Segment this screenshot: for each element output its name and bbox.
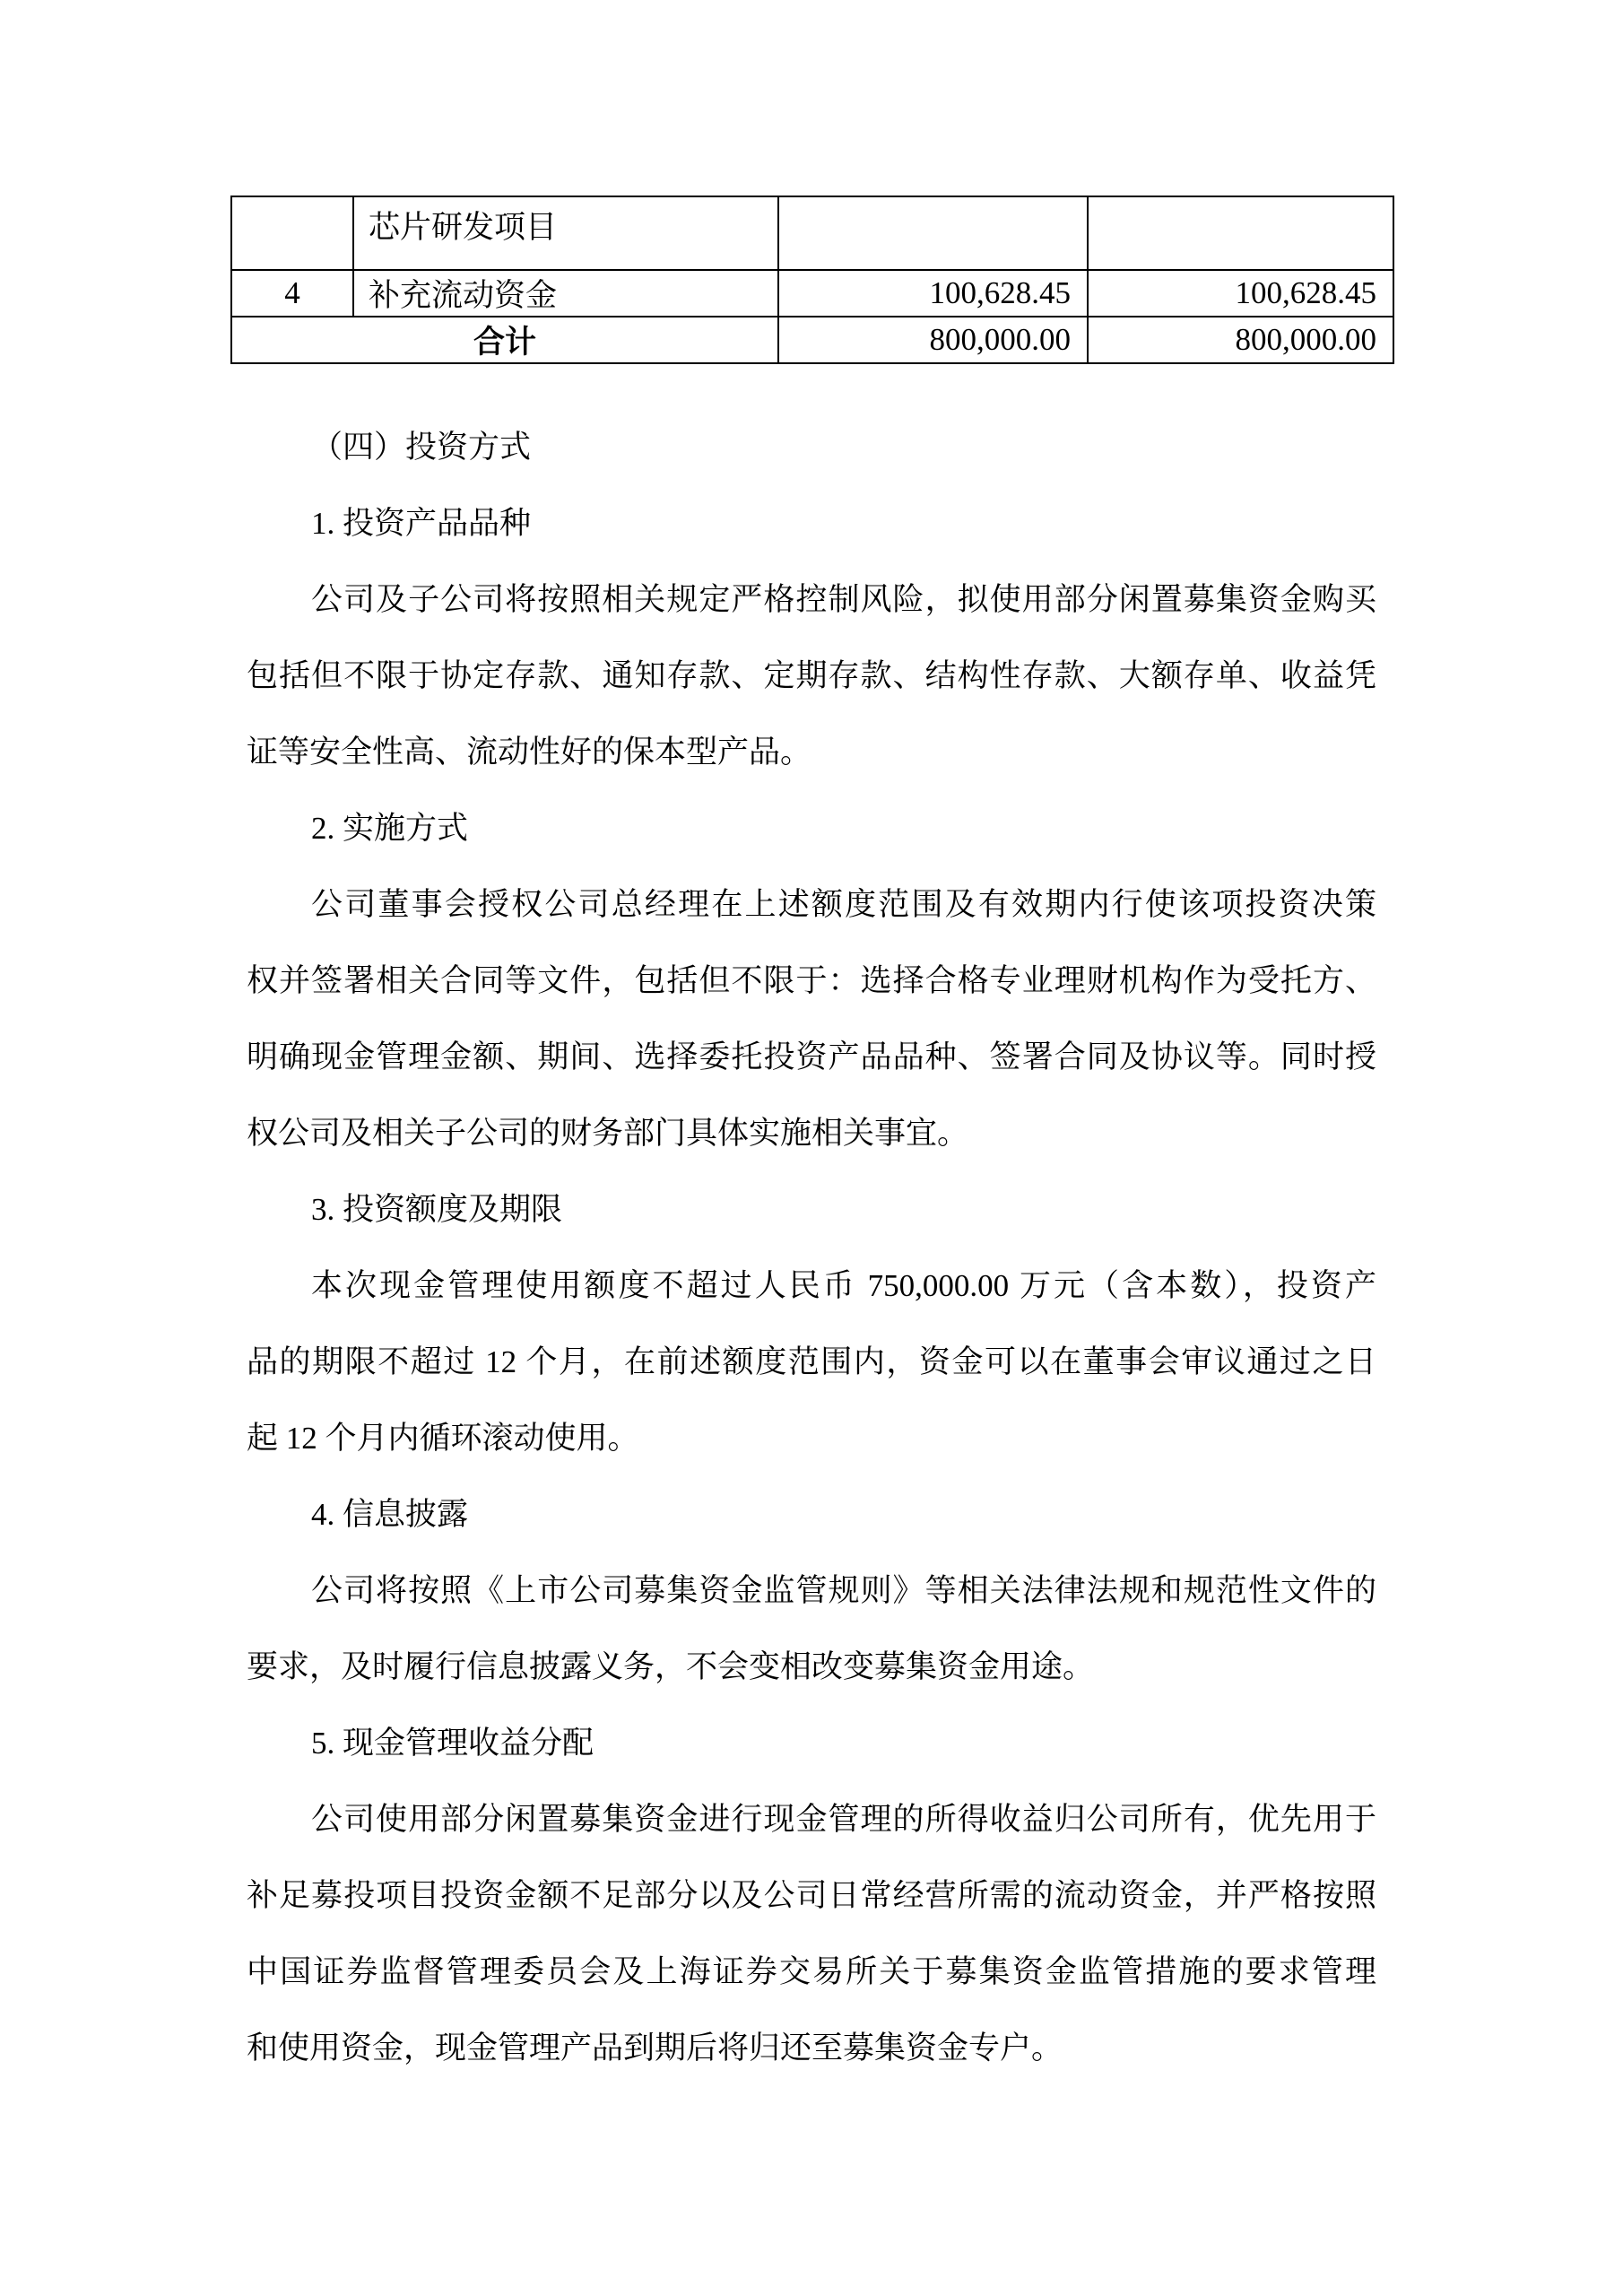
paragraph-line: 和使用资金，现金管理产品到期后将归还至募集资金专户。 — [247, 2010, 1376, 2086]
table-cell-project: 补充流动资金 — [353, 270, 778, 317]
paragraph-line: 要求，及时履行信息披露义务，不会变相改变募集资金用途。 — [247, 1629, 1376, 1705]
paragraph-line: 权并签署相关合同等文件，包括但不限于：选择合格专业理财机构作为受托方、 — [247, 943, 1376, 1019]
table-row: 芯片研发项目 — [231, 196, 1393, 270]
table-cell-amount1: 100,628.45 — [778, 270, 1088, 317]
paragraph-line: 补足募投项目投资金额不足部分以及公司日常经营所需的流动资金，并严格按照 — [247, 1857, 1376, 1934]
raised-funds-usage-table: 芯片研发项目 4 补充流动资金 100,628.45 100,628.45 合计… — [230, 196, 1394, 364]
paragraph-line: 权公司及相关子公司的财务部门具体实施相关事宜。 — [247, 1095, 1376, 1171]
table-total-amount1: 800,000.00 — [778, 317, 1088, 363]
paragraph-line: 明确现金管理金额、期间、选择委托投资产品品种、签署合同及协议等。同时授 — [247, 1019, 1376, 1095]
table-cell-number — [231, 196, 353, 270]
heading-information-disclosure: 4. 信息披露 — [247, 1476, 1376, 1552]
paragraph-line: 本次现金管理使用额度不超过人民币 750,000.00 万元（含本数），投资产 — [247, 1248, 1376, 1324]
heading-implementation-method: 2. 实施方式 — [247, 790, 1376, 866]
document-page: 芯片研发项目 4 补充流动资金 100,628.45 100,628.45 合计… — [0, 0, 1623, 2296]
table-total-label: 合计 — [231, 317, 778, 363]
table-cell-number: 4 — [231, 270, 353, 317]
table-cell-amount2: 100,628.45 — [1088, 270, 1393, 317]
section-heading-investment-method: （四）投资方式 — [247, 409, 1376, 485]
document-body: （四）投资方式 1. 投资产品品种 公司及子公司将按照相关规定严格控制风险，拟使… — [247, 409, 1376, 2086]
table-cell-project: 芯片研发项目 — [353, 196, 778, 270]
paragraph-line: 起 12 个月内循环滚动使用。 — [247, 1400, 1376, 1476]
paragraph-line: 公司及子公司将按照相关规定严格控制风险，拟使用部分闲置募集资金购买 — [247, 561, 1376, 638]
paragraph-line: 公司将按照《上市公司募集资金监管规则》等相关法律法规和规范性文件的 — [247, 1552, 1376, 1629]
table-total-amount2: 800,000.00 — [1088, 317, 1393, 363]
table-total-row: 合计 800,000.00 800,000.00 — [231, 317, 1393, 363]
paragraph-line: 品的期限不超过 12 个月，在前述额度范围内，资金可以在董事会审议通过之日 — [247, 1324, 1376, 1400]
heading-product-type: 1. 投资产品品种 — [247, 485, 1376, 561]
paragraph-line: 中国证券监督管理委员会及上海证券交易所关于募集资金监管措施的要求管理 — [247, 1934, 1376, 2010]
heading-income-distribution: 5. 现金管理收益分配 — [247, 1705, 1376, 1781]
table-cell-amount2 — [1088, 196, 1393, 270]
heading-quota-and-term: 3. 投资额度及期限 — [247, 1171, 1376, 1248]
paragraph-line: 公司使用部分闲置募集资金进行现金管理的所得收益归公司所有，优先用于 — [247, 1781, 1376, 1857]
table-cell-amount1 — [778, 196, 1088, 270]
paragraph-line: 公司董事会授权公司总经理在上述额度范围及有效期内行使该项投资决策 — [247, 866, 1376, 943]
paragraph-line: 包括但不限于协定存款、通知存款、定期存款、结构性存款、大额存单、收益凭 — [247, 638, 1376, 714]
paragraph-line: 证等安全性高、流动性好的保本型产品。 — [247, 714, 1376, 790]
table-row: 4 补充流动资金 100,628.45 100,628.45 — [231, 270, 1393, 317]
